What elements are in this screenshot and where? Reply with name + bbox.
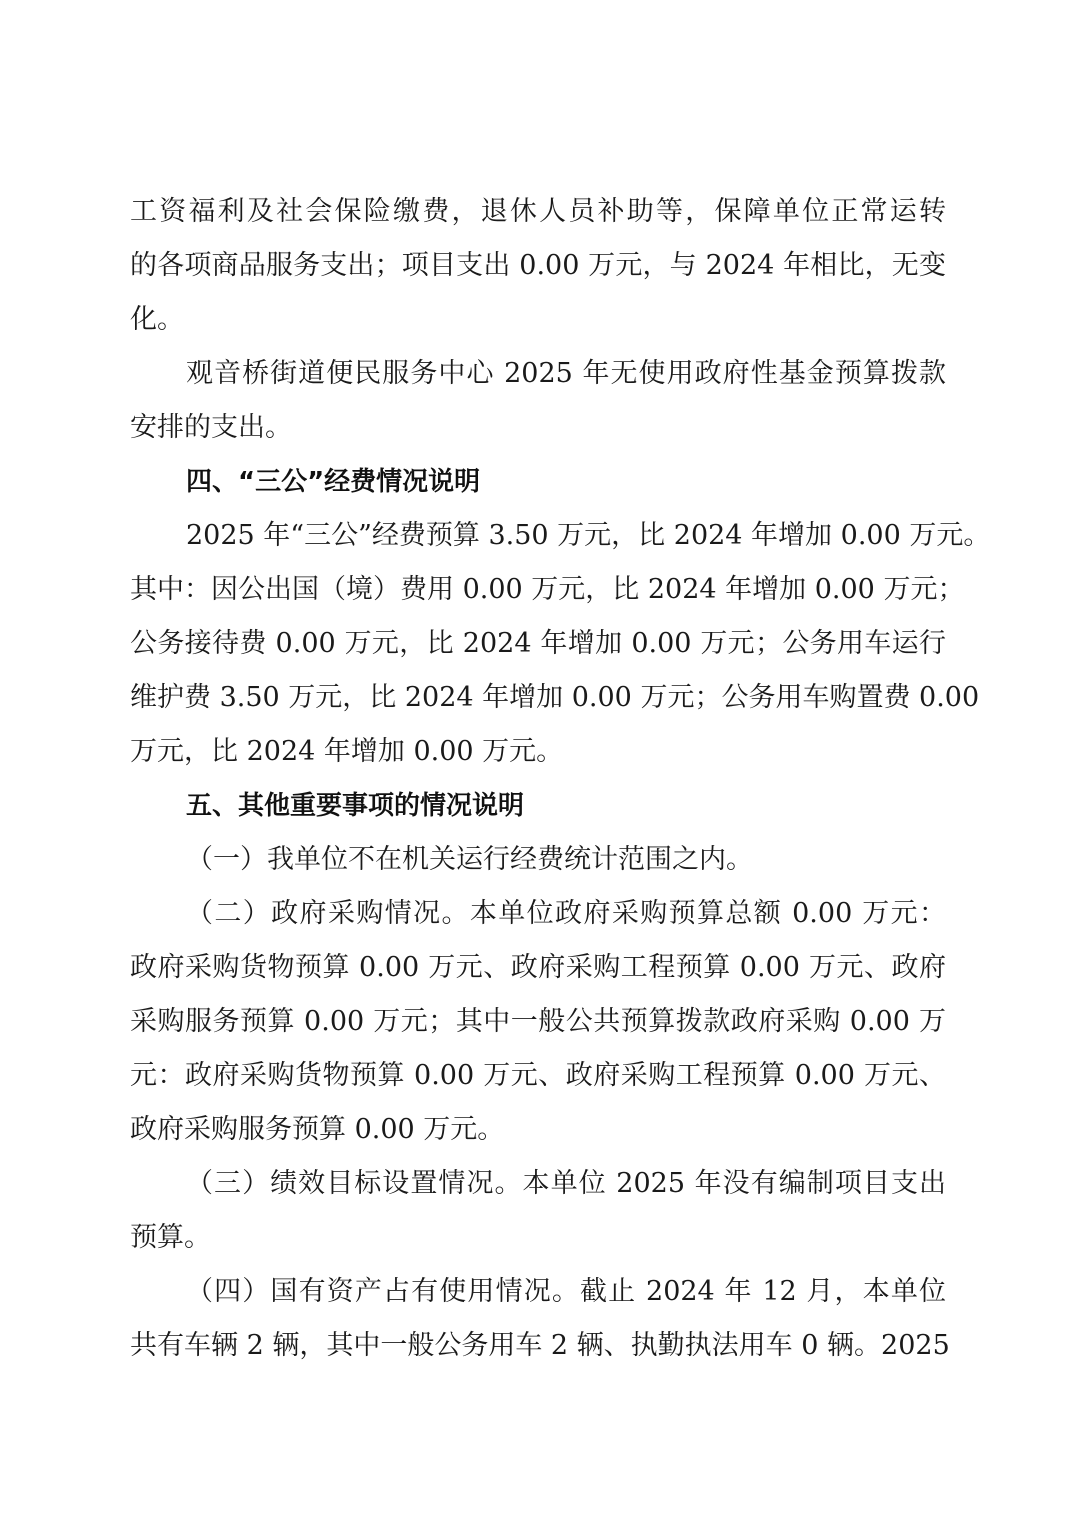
- document-page: 工资福利及社会保险缴费，退休人员补助等，保障单位正常运转 的各项商品服务支出；项…: [0, 0, 1074, 1520]
- paragraph-line: 政府采购货物预算 0.00 万元、政府采购工程预算 0.00 万元、政府: [130, 950, 946, 986]
- paragraph-line: 2025 年“三公”经费预算 3.50 万元，比 2024 年增加 0.00 万…: [186, 518, 946, 554]
- paragraph-line: （三）绩效目标设置情况。本单位 2025 年没有编制项目支出: [186, 1166, 946, 1202]
- paragraph-line: （二）政府采购情况。本单位政府采购预算总额 0.00 万元：: [186, 896, 946, 932]
- paragraph-line: 万元，比 2024 年增加 0.00 万元。: [130, 734, 946, 770]
- paragraph-line: 公务接待费 0.00 万元，比 2024 年增加 0.00 万元；公务用车运行: [130, 626, 946, 662]
- paragraph-line: 政府采购服务预算 0.00 万元。: [130, 1112, 946, 1148]
- paragraph-line: 其中：因公出国（境）费用 0.00 万元，比 2024 年增加 0.00 万元；: [130, 572, 946, 608]
- paragraph-line: 化。: [130, 302, 946, 338]
- paragraph-line: 共有车辆 2 辆，其中一般公务用车 2 辆、执勤执法用车 0 辆。2025: [130, 1328, 946, 1364]
- paragraph-line: 预算。: [130, 1220, 946, 1256]
- paragraph-line: 维护费 3.50 万元，比 2024 年增加 0.00 万元；公务用车购置费 0…: [130, 680, 946, 716]
- paragraph-line: 的各项商品服务支出；项目支出 0.00 万元，与 2024 年相比，无变: [130, 248, 946, 284]
- section-heading-four: 四、“三公”经费情况说明: [186, 464, 480, 500]
- paragraph-line: 采购服务预算 0.00 万元；其中一般公共预算拨款政府采购 0.00 万: [130, 1004, 946, 1040]
- section-heading-five: 五、其他重要事项的情况说明: [186, 788, 524, 824]
- paragraph-line: （四）国有资产占有使用情况。截止 2024 年 12 月，本单位: [186, 1274, 946, 1310]
- paragraph-line: 观音桥街道便民服务中心 2025 年无使用政府性基金预算拨款: [186, 356, 946, 392]
- paragraph-line: 安排的支出。: [130, 410, 946, 446]
- paragraph-line: 元：政府采购货物预算 0.00 万元、政府采购工程预算 0.00 万元、: [130, 1058, 946, 1094]
- paragraph-line: 工资福利及社会保险缴费，退休人员补助等，保障单位正常运转: [130, 194, 946, 230]
- paragraph-line: （一）我单位不在机关运行经费统计范围之内。: [186, 842, 946, 878]
